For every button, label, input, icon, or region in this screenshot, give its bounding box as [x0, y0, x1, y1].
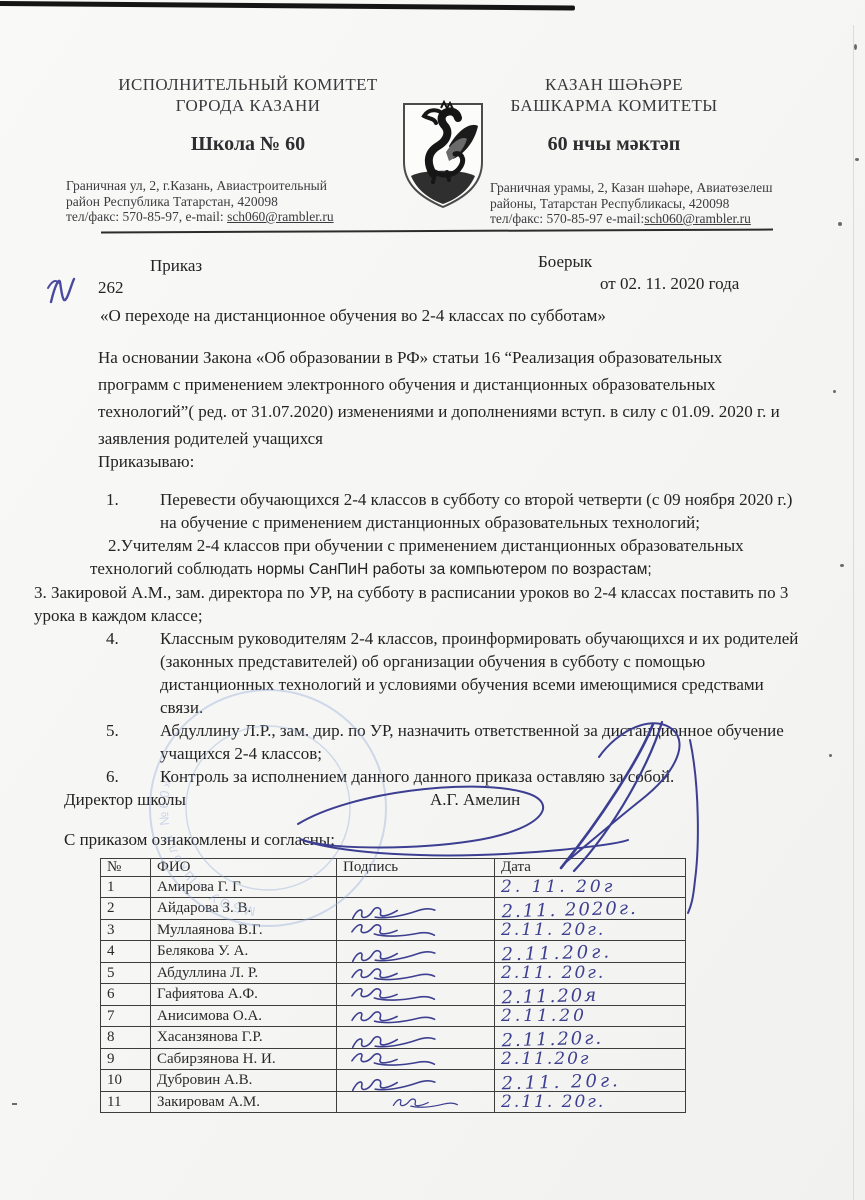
- row-name: Гафиятова А.Ф.: [151, 984, 337, 1006]
- row-name: Амирова Г. Г.: [151, 877, 337, 898]
- row-number: 2: [101, 898, 151, 920]
- table-header-row: № ФИО Подпись Дата: [101, 859, 686, 877]
- handwritten-signature-icon: [343, 984, 454, 1005]
- row-number: 9: [101, 1049, 151, 1070]
- order-number: 262: [98, 278, 124, 298]
- row-number: 7: [101, 1006, 151, 1027]
- row-number: 11: [101, 1092, 151, 1113]
- row-signature: [337, 984, 495, 1006]
- row-signature: [337, 898, 495, 920]
- row-signature: [337, 877, 495, 898]
- table-row: 11 Закировам А.М. 2.11. 20г.: [101, 1092, 686, 1113]
- scan-fold-line: [853, 25, 854, 1200]
- row-signature: [337, 1027, 495, 1049]
- scan-speck: [12, 1103, 17, 1105]
- acknowledgement-line: С приказом ознакомлены и согласны;: [64, 830, 335, 850]
- order-preamble: На основании Закона «Об образовании в РФ…: [98, 344, 790, 452]
- address-block-tatar: Граничная урамы, 2, Казан шәһәре, Авиатө…: [490, 180, 820, 227]
- table-row: 2 Айдарова З. В. 2.11. 2020г.: [101, 898, 686, 920]
- row-date: 2.11. 20г.: [494, 1067, 686, 1094]
- row-date: 2.11. 20г.: [495, 1092, 686, 1113]
- address-line: районы, Татарстан Республикасы, 420098: [490, 196, 820, 212]
- col-header-num: №: [101, 859, 151, 877]
- order-item-5: 5.Абдуллину Л.Р., зам. дир. по УР, назна…: [133, 719, 808, 765]
- row-date: 2.11.20: [495, 1006, 686, 1027]
- row-signature: [337, 920, 495, 941]
- table-row: 7 Анисимова О.А. 2.11.20: [101, 1006, 686, 1027]
- scan-speck: [838, 222, 842, 226]
- row-number: 5: [101, 963, 151, 984]
- table-row: 5 Абдуллина Л. Р. 2.11. 20г.: [101, 963, 686, 984]
- handwritten-signature-icon: [343, 920, 454, 941]
- handwritten-signature-icon: [343, 1049, 454, 1070]
- table-row: 8 Хасанзянова Г.Р. 2.11.20г.: [101, 1027, 686, 1049]
- command-word: Приказываю:: [98, 452, 194, 472]
- col-header-signature: Подпись: [337, 859, 495, 877]
- order-item-4: 4.Классным руководителям 2-4 классов, пр…: [133, 627, 808, 719]
- order-item-3: 3. Закировой А.М., зам. директора по УР,…: [34, 581, 808, 627]
- row-number: 3: [101, 920, 151, 941]
- handwritten-signature-icon: [343, 1070, 454, 1091]
- row-date: 2. 11. 20г: [495, 877, 686, 898]
- table-row: 6 Гафиятова А.Ф. 2.11.20я: [101, 984, 686, 1006]
- row-signature: [337, 1092, 495, 1113]
- order-item-6: 6.Контроль за исполнением данного данног…: [133, 765, 808, 788]
- row-signature: [337, 941, 495, 963]
- row-name: Закировам А.М.: [151, 1092, 337, 1113]
- row-date: 2.11.20г: [495, 1049, 686, 1070]
- row-date: 2.11. 20г.: [495, 963, 686, 984]
- scan-speck: [840, 564, 844, 567]
- table-row: 10 Дубровин А.В. 2.11. 20г.: [101, 1070, 686, 1092]
- row-date: 2.11. 20г.: [495, 920, 686, 941]
- order-date: от 02. 11. 2020 года: [600, 274, 739, 294]
- table-row: 3 Муллаянова В.Г. 2.11. 20г.: [101, 920, 686, 941]
- org-name-line2: БАШКАРМА КОМИТЕТЫ: [468, 95, 760, 116]
- row-date: 2.11. 2020г.: [494, 895, 686, 922]
- email-text: sch060@rambler.ru: [227, 209, 334, 224]
- col-header-name: ФИО: [151, 859, 337, 877]
- signature-table-body: 1 Амирова Г. Г. 2. 11. 20г 2 Айдарова З.…: [101, 877, 686, 1113]
- col-header-date: Дата: [495, 859, 686, 877]
- sanpin-sans-fragment: нормы СанПиН работы за компьютером по во…: [257, 561, 652, 578]
- row-number: 1: [101, 877, 151, 898]
- kazan-coat-of-arms-icon: [397, 100, 489, 210]
- order-title: «О переходе на дистанционное обучения во…: [100, 306, 800, 326]
- row-signature: [337, 1049, 495, 1070]
- handwritten-signature-icon: [343, 1027, 454, 1048]
- order-type-tt: Боерык: [538, 252, 592, 272]
- table-row: 9 Сабирзянова Н. И. 2.11.20г: [101, 1049, 686, 1070]
- org-name-line1: КАЗАН ШӘҺӘРЕ: [468, 74, 760, 95]
- scanned-order-page: ИСПОЛНИТЕЛЬНЫЙ КОМИТЕТ ГОРОДА КАЗАНИ Шко…: [0, 0, 865, 1200]
- row-name: Хасанзянова Г.Р.: [151, 1027, 337, 1049]
- table-row: 4 Белякова У. А. 2.11.20г.: [101, 941, 686, 963]
- row-name: Дубровин А.В.: [151, 1070, 337, 1092]
- row-number: 6: [101, 984, 151, 1006]
- row-date: 2.11.20я: [494, 981, 686, 1008]
- row-name: Сабирзянова Н. И.: [151, 1049, 337, 1070]
- row-signature: [337, 1070, 495, 1092]
- address-line: тел/факс: 570-85-97 e-mail:sch060@ramble…: [490, 211, 820, 227]
- address-line: Граничная урамы, 2, Казан шәһәре, Авиатө…: [490, 180, 820, 196]
- scan-speck: [829, 754, 832, 757]
- handwritten-signature-icon: [343, 941, 454, 962]
- scan-speck: [854, 44, 857, 50]
- order-item-2: 2.Учителям 2-4 классов при обучении с пр…: [90, 534, 808, 581]
- row-signature: [337, 1006, 495, 1027]
- scan-edge-artifact: [0, 1, 575, 11]
- row-name: Айдарова З. В.: [151, 898, 337, 920]
- row-name: Муллаянова В.Г.: [151, 920, 337, 941]
- row-date: 2.11.20г.: [494, 938, 686, 965]
- org-name-line2: ГОРОДА КАЗАНИ: [58, 95, 438, 116]
- address-line: тел/факс: 570-85-97, e-mail: sch060@ramb…: [66, 209, 456, 225]
- school-name-tt: 60 нчы мәктәп: [468, 133, 760, 156]
- row-name: Абдуллина Л. Р.: [151, 963, 337, 984]
- handwritten-number-sign: [46, 272, 82, 306]
- scan-speck: [855, 158, 859, 161]
- row-number: 4: [101, 941, 151, 963]
- table-row: 1 Амирова Г. Г. 2. 11. 20г: [101, 877, 686, 898]
- director-role-label: Директор школы: [64, 790, 186, 810]
- header-separator-rule: [101, 229, 773, 234]
- order-item-1: 1.Перевести обучающихся 2-4 классов в су…: [133, 488, 808, 534]
- director-name: А.Г. Амелин: [430, 790, 520, 810]
- issuer-block-russian: ИСПОЛНИТЕЛЬНЫЙ КОМИТЕТ ГОРОДА КАЗАНИ Шко…: [58, 74, 438, 156]
- order-type-ru: Приказ: [150, 256, 202, 276]
- row-signature: [337, 963, 495, 984]
- row-name: Белякова У. А.: [151, 941, 337, 963]
- email-text: sch060@rambler.ru: [644, 211, 751, 226]
- org-name-line1: ИСПОЛНИТЕЛЬНЫЙ КОМИТЕТ: [58, 74, 438, 95]
- handwritten-signature-icon: [343, 898, 454, 919]
- row-date: 2.11.20г.: [494, 1024, 686, 1051]
- row-number: 10: [101, 1070, 151, 1092]
- row-number: 8: [101, 1027, 151, 1049]
- school-name-ru: Школа № 60: [58, 133, 438, 156]
- handwritten-signature-icon: [343, 966, 453, 981]
- scan-speck: [833, 390, 836, 393]
- acknowledgement-table: № ФИО Подпись Дата 1 Амирова Г. Г. 2. 11…: [100, 858, 686, 1113]
- order-items: 1.Перевести обучающихся 2-4 классов в су…: [30, 488, 808, 788]
- handwritten-signature-icon: [389, 1095, 469, 1110]
- handwritten-signature-icon: [343, 1009, 453, 1024]
- issuer-block-tatar: КАЗАН ШӘҺӘРЕ БАШКАРМА КОМИТЕТЫ 60 нчы мә…: [468, 74, 760, 156]
- row-name: Анисимова О.А.: [151, 1006, 337, 1027]
